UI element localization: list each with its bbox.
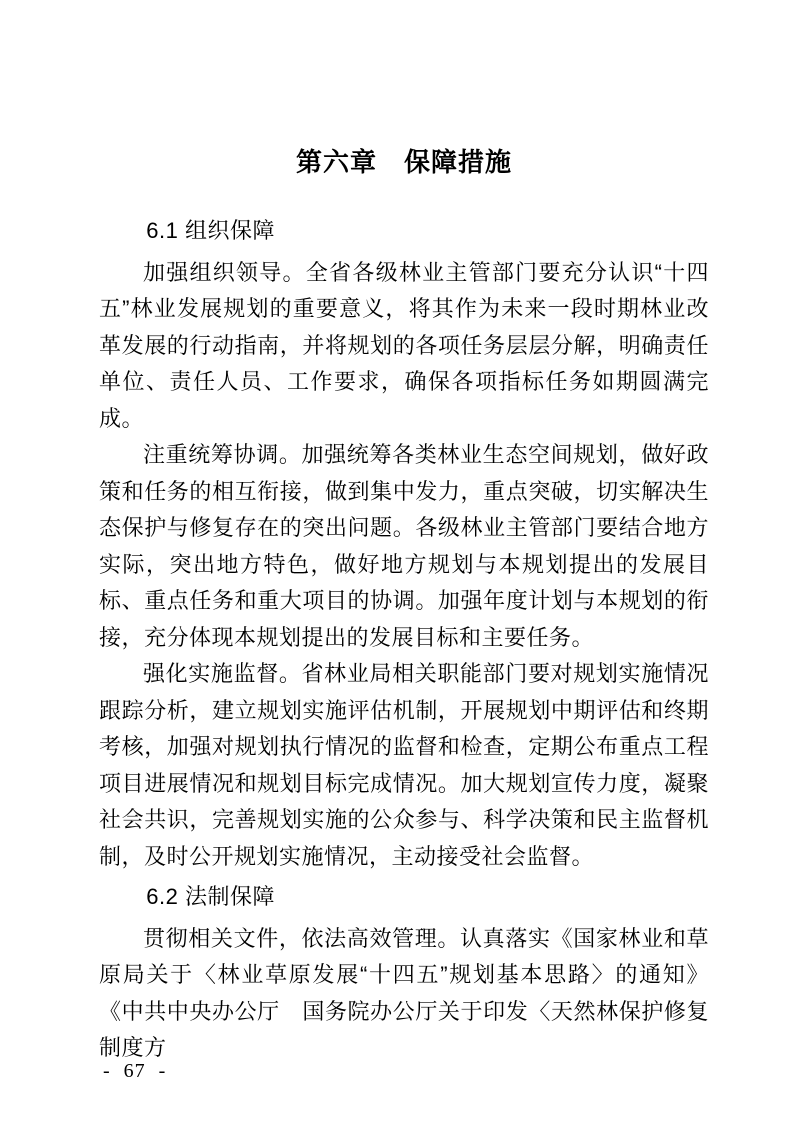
document-page: 第六章 保障措施 6.1 组织保障 加强组织领导。全省各级林业主管部门要充分认识… — [0, 0, 793, 1122]
section-heading-6-2: 6.2 法制保障 — [99, 879, 709, 916]
section-heading-6-1: 6.1 组织保障 — [99, 213, 709, 250]
chapter-title: 第六章 保障措施 — [99, 145, 709, 179]
paragraph: 强化实施监督。省林业局相关职能部门要对规划实施情况跟踪分析，建立规划实施评估机制… — [99, 656, 709, 875]
paragraph: 加强组织领导。全省各级林业主管部门要充分认识“十四五”林业发展规划的重要意义，将… — [99, 255, 709, 438]
page-content: 第六章 保障措施 6.1 组织保障 加强组织领导。全省各级林业主管部门要充分认识… — [99, 145, 709, 1067]
paragraph: 注重统筹协调。加强统筹各类林业生态空间规划，做好政策和任务的相互衔接，做到集中发… — [99, 437, 709, 656]
paragraph: 贯彻相关文件，依法高效管理。认真落实《国家林业和草原局关于〈林业草原发展“十四五… — [99, 921, 709, 1067]
page-number: - 67 - — [103, 1060, 166, 1083]
section-6-1: 6.1 组织保障 加强组织领导。全省各级林业主管部门要充分认识“十四五”林业发展… — [99, 213, 709, 875]
section-6-2: 6.2 法制保障 贯彻相关文件，依法高效管理。认真落实《国家林业和草原局关于〈林… — [99, 879, 709, 1067]
